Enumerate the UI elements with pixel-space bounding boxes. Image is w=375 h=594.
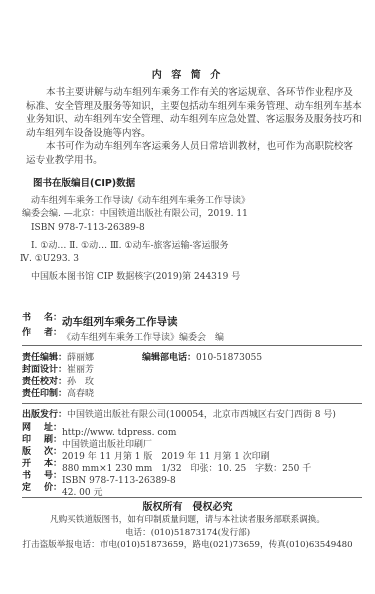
cip-line: Ⅳ. ①U293. 3 (20, 253, 79, 265)
editor-value: 薛丽娜 (67, 353, 94, 363)
editor-row: 责任编辑：薛丽娜 (22, 353, 94, 365)
divider (22, 497, 362, 498)
print-value: 高春晓 (67, 389, 94, 399)
intro-line: 本书可作为动车组列车客运乘务人员日常培训教材，也可作为高职院校客 (46, 141, 353, 152)
cip-line: 中国版本图书馆 CIP 数据核字(2019)第 244319 号 (31, 271, 240, 283)
intro-paragraph-1: 本书主要讲解与动车组列车乘务工作有关的客运规章、各环节作业程序及 标准、安全管理… (26, 86, 352, 140)
book-title-label: 书名： (22, 313, 62, 325)
cip-heading: 图书在版编目(CIP)数据 (33, 175, 135, 189)
publisher-value: 中国铁道出版社有限公司(100054，北京市西城区右安门西街 8 号) (67, 410, 336, 420)
piracy-report-line: 打击盗版举报电话：市电(010)51873659，路电(021)73659，传真… (0, 539, 375, 551)
cover-design-row: 封面设计：崔丽芳 (22, 365, 94, 377)
book-author-row: 作者：《动车组列车乘务工作导读》编委会 编 (22, 328, 224, 345)
intro-title: 内 容 简 介 (0, 66, 375, 81)
proof-label: 责任校对： (22, 377, 67, 387)
copyright-block: 版权所有 侵权必究 凡购买铁道版图书，如有印制质量问题，请与本社读者服务部联系调… (0, 502, 375, 552)
book-author-value: 《动车组列车乘务工作导读》编委会 编 (62, 333, 224, 343)
copyright-line: 凡购买铁道版图书，如有印制质量问题，请与本社读者服务部联系调换。 (0, 514, 375, 526)
phone-row: 编辑部电话：010-51873055 (142, 353, 262, 365)
divider (22, 345, 362, 346)
cip-line: ISBN 978-7-113-26389-8 (31, 222, 145, 234)
divider (22, 403, 362, 404)
cip-line: Ⅰ. ①动… Ⅱ. ①动… Ⅲ. ①动车-旅客运输-客运服务 (31, 240, 229, 252)
cover-label: 封面设计： (22, 365, 67, 375)
intro-line: 运专业教学用书。 (26, 154, 352, 168)
intro-line: 业务知识、动车组列车安全管理、动车组列车应急处置、客运服务及服务技巧和 (26, 113, 352, 127)
intro-line: 本书主要讲解与动车组列车乘务工作有关的客运规章、各环节作业程序及 (46, 87, 353, 98)
phone-label: 编辑部电话： (142, 353, 196, 363)
cover-value: 崔丽芳 (67, 365, 94, 375)
intro-line: 动车组列车设备设施等内容。 (26, 127, 352, 141)
cip-line: 动车组列车乘务工作导读/《动车组列车乘务工作导读》 (31, 195, 250, 207)
proof-value: 孙 玫 (67, 377, 94, 387)
book-title-value: 动车组列车乘务工作导读 (62, 316, 178, 328)
intro-line: 标准、安全管理及服务等知识，主要包括动车组列车乘务管理、动车组列车基本 (26, 100, 352, 114)
copyright-phone: 电话：(010)51873174(发行部) (0, 527, 375, 539)
copyright-heading: 版权所有 侵权必究 (0, 502, 375, 514)
publisher-label: 出版发行： (22, 410, 67, 420)
print-manager-row: 责任印制：高春晓 (22, 389, 94, 401)
publisher-row: 出版发行：中国铁道出版社有限公司(100054，北京市西城区右安门西街 8 号) (22, 410, 336, 422)
book-author-label: 作者： (22, 328, 62, 340)
cip-line: 编委会编. —北京：中国铁道出版社有限公司，2019. 11 (22, 208, 248, 220)
phone-value: 010-51873055 (196, 353, 262, 363)
editor-label: 责任编辑： (22, 353, 67, 363)
intro-paragraph-2: 本书可作为动车组列车客运乘务人员日常培训教材，也可作为高职院校客 运专业教学用书… (26, 140, 352, 167)
proofreader-row: 责任校对：孙 玫 (22, 377, 94, 389)
print-label: 责任印制： (22, 389, 67, 399)
